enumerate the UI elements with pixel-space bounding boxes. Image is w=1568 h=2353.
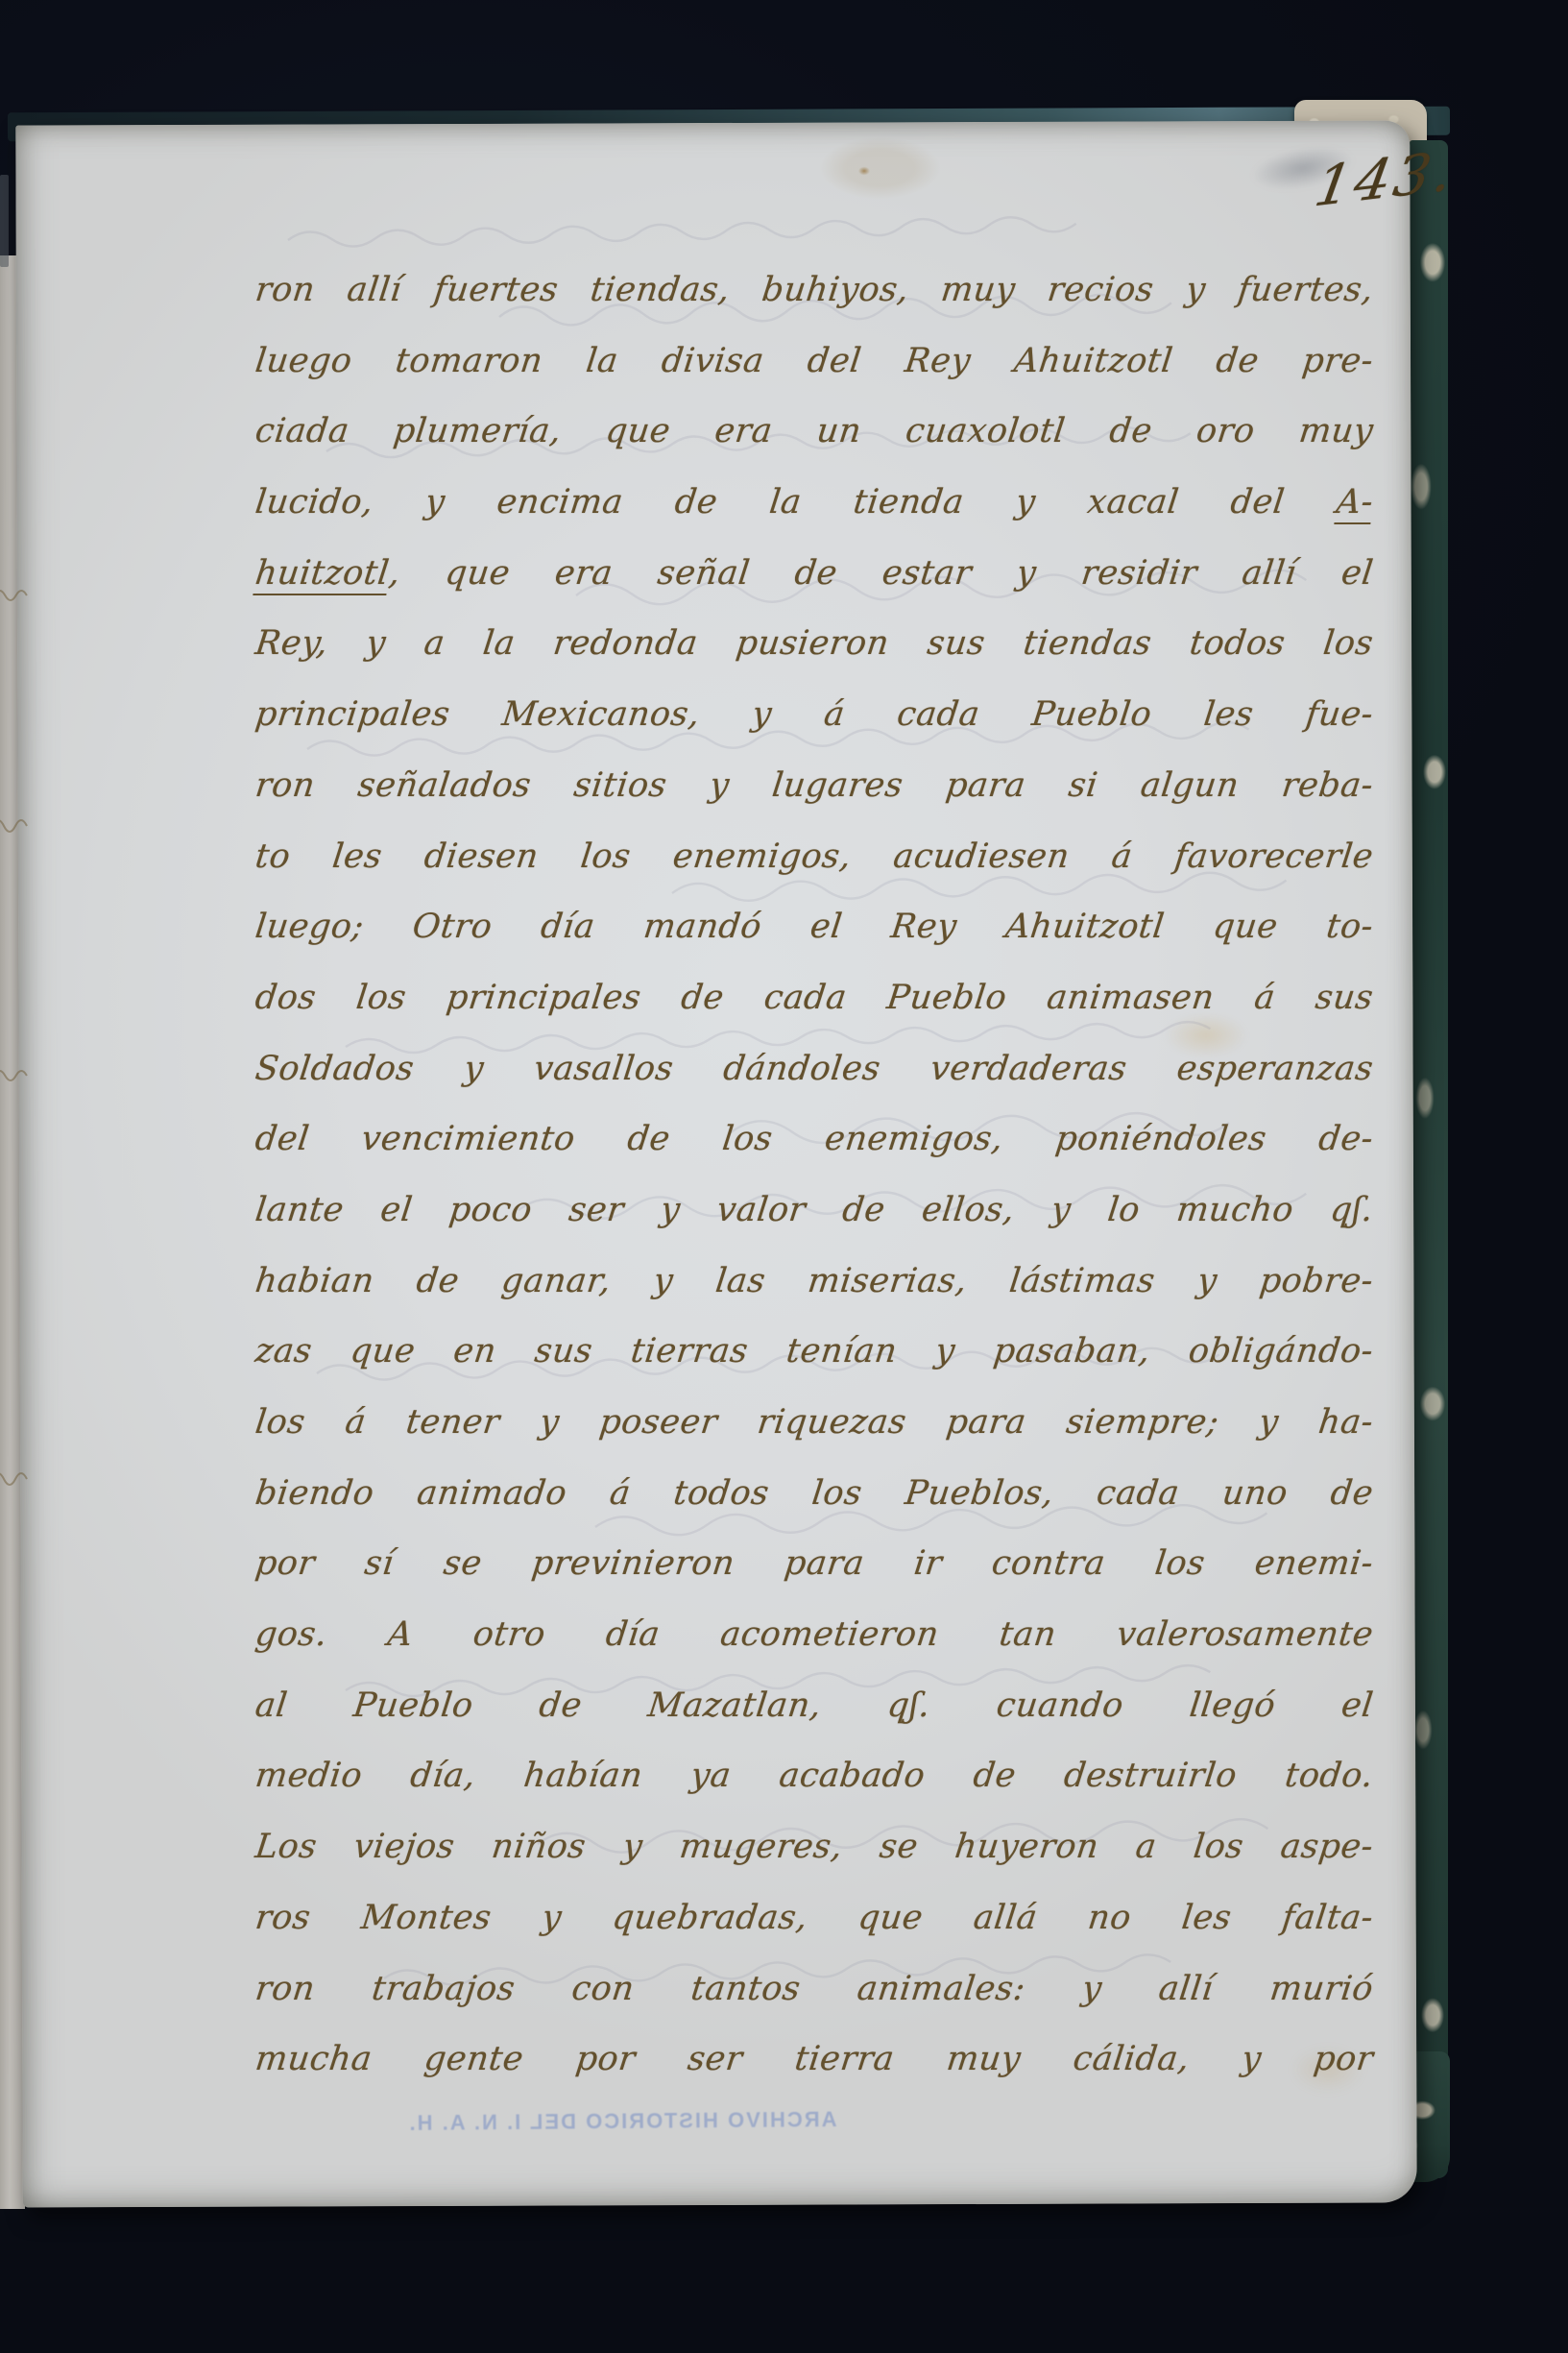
manuscript-line: ron allí fuertes tiendas, buhiyos, muy r… — [251, 255, 1377, 327]
line-text: dos los principales de cada Pueblo anima… — [253, 979, 1376, 1017]
line-text: ron señalados sitios y lugares para si a… — [253, 766, 1376, 805]
line-text: los á tener y poseer riquezas para siemp… — [253, 1403, 1376, 1442]
manuscript-line: mucha gente por ser tierra muy cálida, y… — [251, 2025, 1377, 2096]
underlined-word: huitzotl — [253, 554, 391, 595]
manuscript-line: zas que en sus tierras tenían y pasaban,… — [251, 1317, 1377, 1388]
line-text: por sí se previnieron para ir contra los… — [253, 1544, 1376, 1583]
manuscript-line: los á tener y poseer riquezas para siemp… — [251, 1388, 1377, 1459]
line-text: mucha gente por ser tierra muy cálida, y… — [253, 2040, 1376, 2078]
line-text: zas que en sus tierras tenían y pasaban,… — [253, 1332, 1376, 1371]
line-text: lante el poco ser y valor de ellos, y lo… — [253, 1191, 1376, 1229]
line-text: ros Montes y quebradas, que allá no les … — [253, 1899, 1376, 1937]
line-text: Los viejos niños y mugeres, se huyeron a… — [253, 1828, 1376, 1866]
manuscript-line: lucido, y encima de la tienda y xacal de… — [251, 468, 1377, 539]
manuscript-line: huitzotl, que era señal de estar y resid… — [251, 539, 1377, 610]
line-text: to les diesen los enemigos, acudiesen á … — [253, 837, 1376, 876]
manuscript-line: Los viejos niños y mugeres, se huyeron a… — [251, 1812, 1377, 1883]
line-text: Soldados y vasallos dándoles verdaderas … — [253, 1050, 1376, 1088]
manuscript-line: Rey, y a la redonda pusieron sus tiendas… — [251, 609, 1377, 680]
manuscript-line: biendo animado á todos los Pueblos, cada… — [251, 1459, 1377, 1530]
manuscript-line: al Pueblo de Mazatlan, qʃ. cuando llegó … — [251, 1671, 1377, 1742]
manuscript-line: principales Mexicanos, y á cada Pueblo l… — [251, 680, 1377, 751]
manuscript-text: ron allí fuertes tiendas, buhiyos, muy r… — [255, 255, 1373, 2096]
manuscript-line: gos. A otro día acometieron tan valerosa… — [251, 1600, 1377, 1671]
manuscript-line: luego; Otro día mandó el Rey Ahuitzotl q… — [251, 892, 1377, 963]
line-text: , que era señal de estar y residir allí … — [387, 554, 1376, 593]
line-text: ciada plumería, que era un cuaxolotl de … — [253, 412, 1376, 450]
manuscript-line: to les diesen los enemigos, acudiesen á … — [251, 822, 1377, 893]
manuscript-line: medio día, habían ya acabado de destruir… — [251, 1741, 1377, 1812]
line-text: luego tomaron la divisa del Rey Ahuitzot… — [253, 342, 1376, 380]
manuscript-line: dos los principales de cada Pueblo anima… — [251, 963, 1377, 1034]
manuscript-line: ron señalados sitios y lugares para si a… — [251, 751, 1377, 822]
line-text: habian de ganar, y las miserias, lástima… — [253, 1262, 1376, 1300]
line-text: al Pueblo de Mazatlan, qʃ. cuando llegó … — [253, 1686, 1376, 1725]
manuscript-line: Soldados y vasallos dándoles verdaderas … — [251, 1034, 1377, 1105]
manuscript-line: habian de ganar, y las miserias, lástima… — [251, 1247, 1377, 1318]
line-text: ron allí fuertes tiendas, buhiyos, muy r… — [253, 271, 1376, 309]
manuscript-line: lante el poco ser y valor de ellos, y lo… — [251, 1176, 1377, 1247]
binding-shadow — [0, 175, 9, 267]
line-text: del vencimiento de los enemigos, poniénd… — [253, 1120, 1376, 1158]
manuscript-line: del vencimiento de los enemigos, poniénd… — [251, 1104, 1377, 1176]
line-text: biendo animado á todos los Pueblos, cada… — [253, 1474, 1376, 1513]
line-text: Rey, y a la redonda pusieron sus tiendas… — [253, 624, 1376, 663]
line-text: luego; Otro día mandó el Rey Ahuitzotl q… — [253, 908, 1376, 946]
line-text: lucido, y encima de la tienda y xacal de… — [253, 483, 1339, 522]
manuscript-line: ros Montes y quebradas, que allá no les … — [251, 1883, 1377, 1954]
manuscript-line: ciada plumería, que era un cuaxolotl de … — [251, 397, 1377, 468]
line-text: medio día, habían ya acabado de destruir… — [253, 1757, 1376, 1795]
manuscript-line: ron trabajos con tantos animales: y allí… — [251, 1954, 1377, 2026]
paper-stain — [856, 165, 872, 177]
archive-stamp: ARCHIVO HISTORICO DEL I. N. A. H. — [353, 2107, 891, 2137]
line-text: ron trabajos con tantos animales: y allí… — [253, 1970, 1376, 2008]
line-text: gos. A otro día acometieron tan valerosa… — [253, 1615, 1376, 1654]
photograph-background: 143. ron allí fuertes tiendas, buhiyos, … — [0, 0, 1568, 2353]
manuscript-line: por sí se previnieron para ir contra los… — [251, 1529, 1377, 1600]
underlined-word: A- — [1334, 483, 1375, 524]
manuscript-line: luego tomaron la divisa del Rey Ahuitzot… — [251, 327, 1377, 398]
line-text: principales Mexicanos, y á cada Pueblo l… — [253, 695, 1376, 734]
